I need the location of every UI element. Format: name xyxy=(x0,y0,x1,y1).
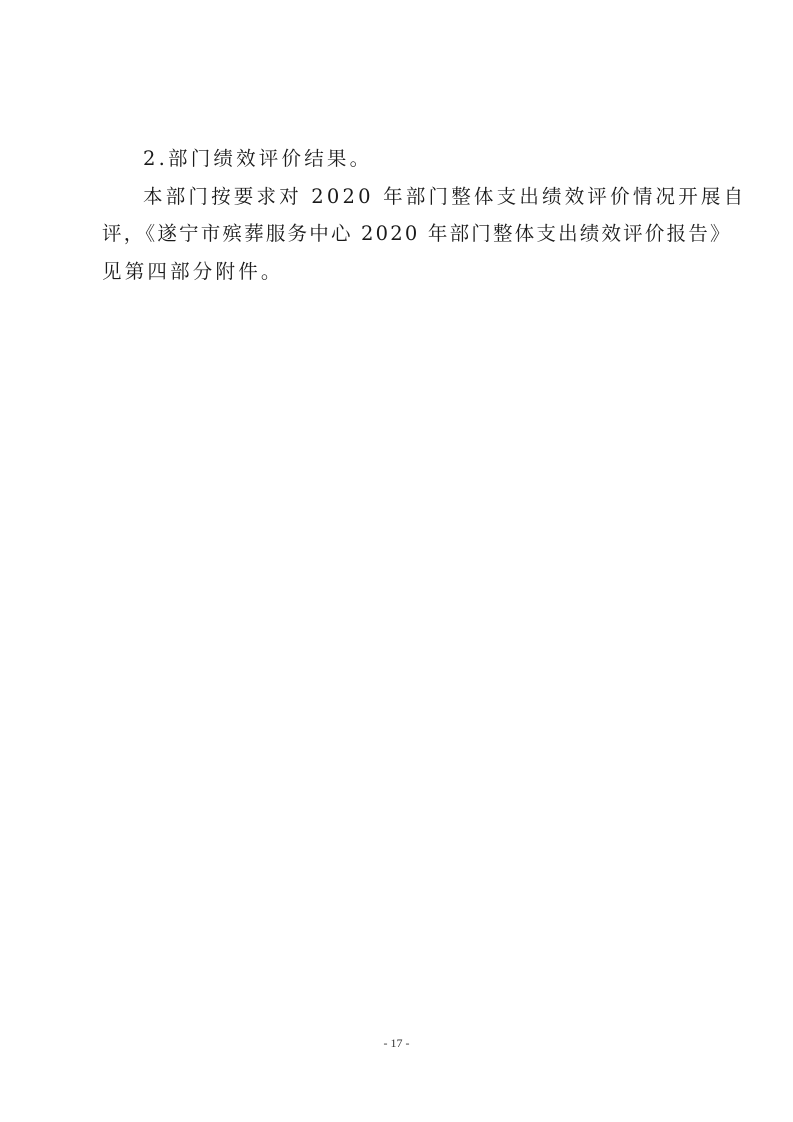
document-page: 2.部门绩效评价结果。 本部门按要求对 2020 年部门整体支出绩效评价情况开展… xyxy=(0,0,793,1122)
paragraph-line: 评，《遂宁市殡葬服务中心 2020 年部门整体支出绩效评价报告》 xyxy=(102,215,694,253)
document-body: 2.部门绩效评价结果。 本部门按要求对 2020 年部门整体支出绩效评价情况开展… xyxy=(102,140,694,290)
section-heading: 2.部门绩效评价结果。 xyxy=(102,140,694,178)
page-number: - 17 - xyxy=(0,1036,793,1051)
paragraph-line: 本部门按要求对 2020 年部门整体支出绩效评价情况开展自 xyxy=(102,178,694,216)
paragraph-line: 见第四部分附件。 xyxy=(102,253,694,291)
